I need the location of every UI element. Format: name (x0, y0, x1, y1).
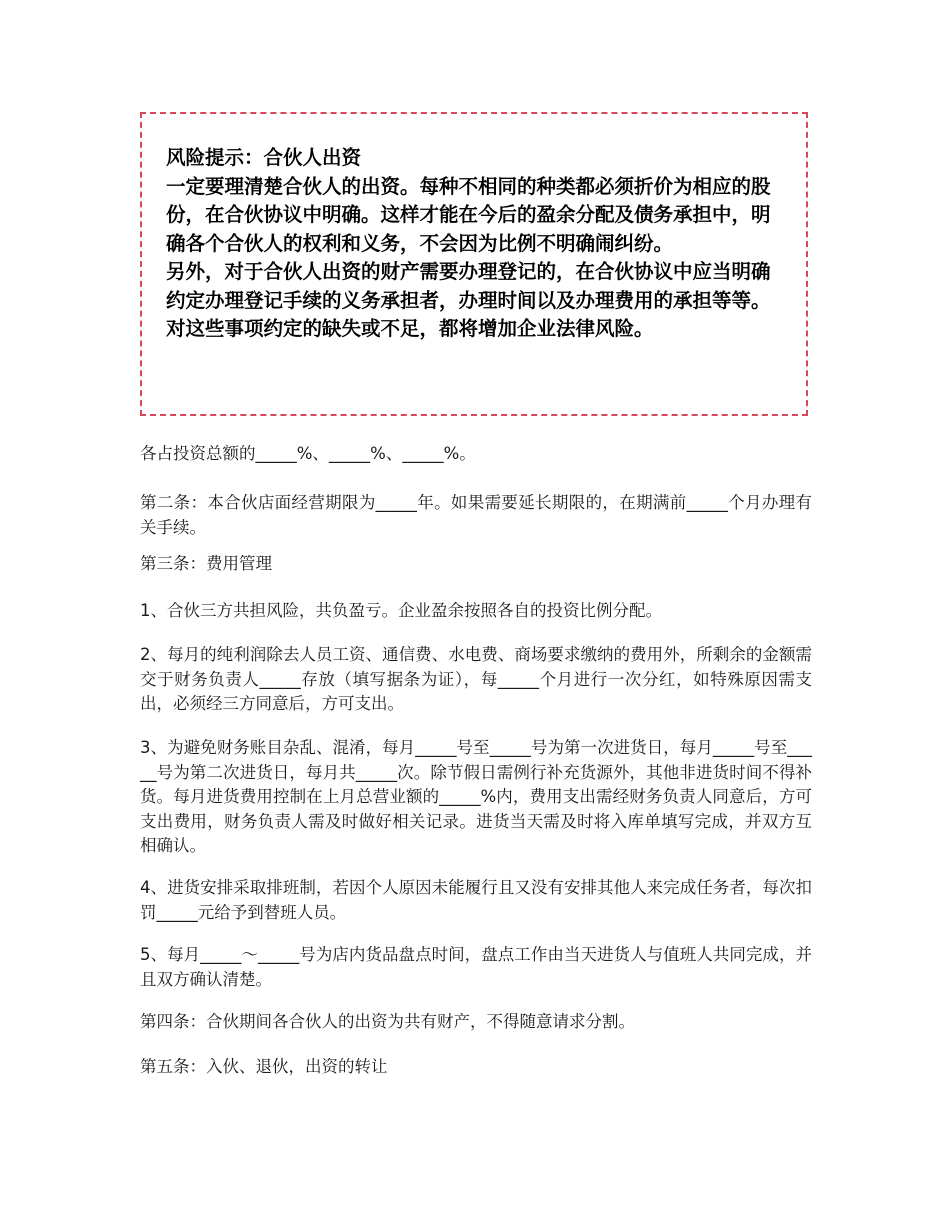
article-4: 第四条：合伙期间各合伙人的出资为共有财产，不得随意请求分割。 (140, 1010, 812, 1035)
article-3-item-1: 1、合伙三方共担风险，共负盈亏。企业盈余按照各自的投资比例分配。 (140, 599, 812, 624)
risk-warning-content: 风险提示：合伙人出资 一定要理清楚合伙人的出资。每种不相同的种类都必须折价为相应… (166, 144, 786, 344)
article-5-title: 第五条：入伙、退伙，出资的转让 (140, 1055, 812, 1080)
article-3-item-3: 3、为避免财务账目杂乱、混淆，每月_____号至_____号为第一次进货日，每月… (140, 736, 812, 859)
risk-warning-box: 风险提示：合伙人出资 一定要理清楚合伙人的出资。每种不相同的种类都必须折价为相应… (140, 112, 808, 416)
article-3-item-2: 2、每月的纯利润除去人员工资、通信费、水电费、商场要求缴纳的费用外，所剩余的金额… (140, 643, 812, 717)
article-2: 第二条：本合伙店面经营期限为_____年。如果需要延长期限的，在期满前_____… (140, 491, 812, 540)
article-3-item-5: 5、每月_____～_____号为店内货品盘点时间，盘点工作由当天进货人与值班人… (140, 943, 812, 992)
risk-warning-title: 风险提示：合伙人出资 (166, 144, 786, 173)
risk-warning-paragraph-1: 一定要理清楚合伙人的出资。每种不相同的种类都必须折价为相应的股份，在合伙协议中明… (166, 173, 786, 259)
risk-warning-paragraph-2: 另外，对于合伙人出资的财产需要办理登记的，在合伙协议中应当明确约定办理登记手续的… (166, 258, 786, 344)
article-3-title: 第三条：费用管理 (140, 552, 812, 577)
article-3-item-4: 4、进货安排采取排班制，若因个人原因未能履行且又没有安排其他人来完成任务者，每次… (140, 876, 812, 925)
investment-share-line: 各占投资总额的_____%、_____%、_____%。 (140, 442, 812, 467)
